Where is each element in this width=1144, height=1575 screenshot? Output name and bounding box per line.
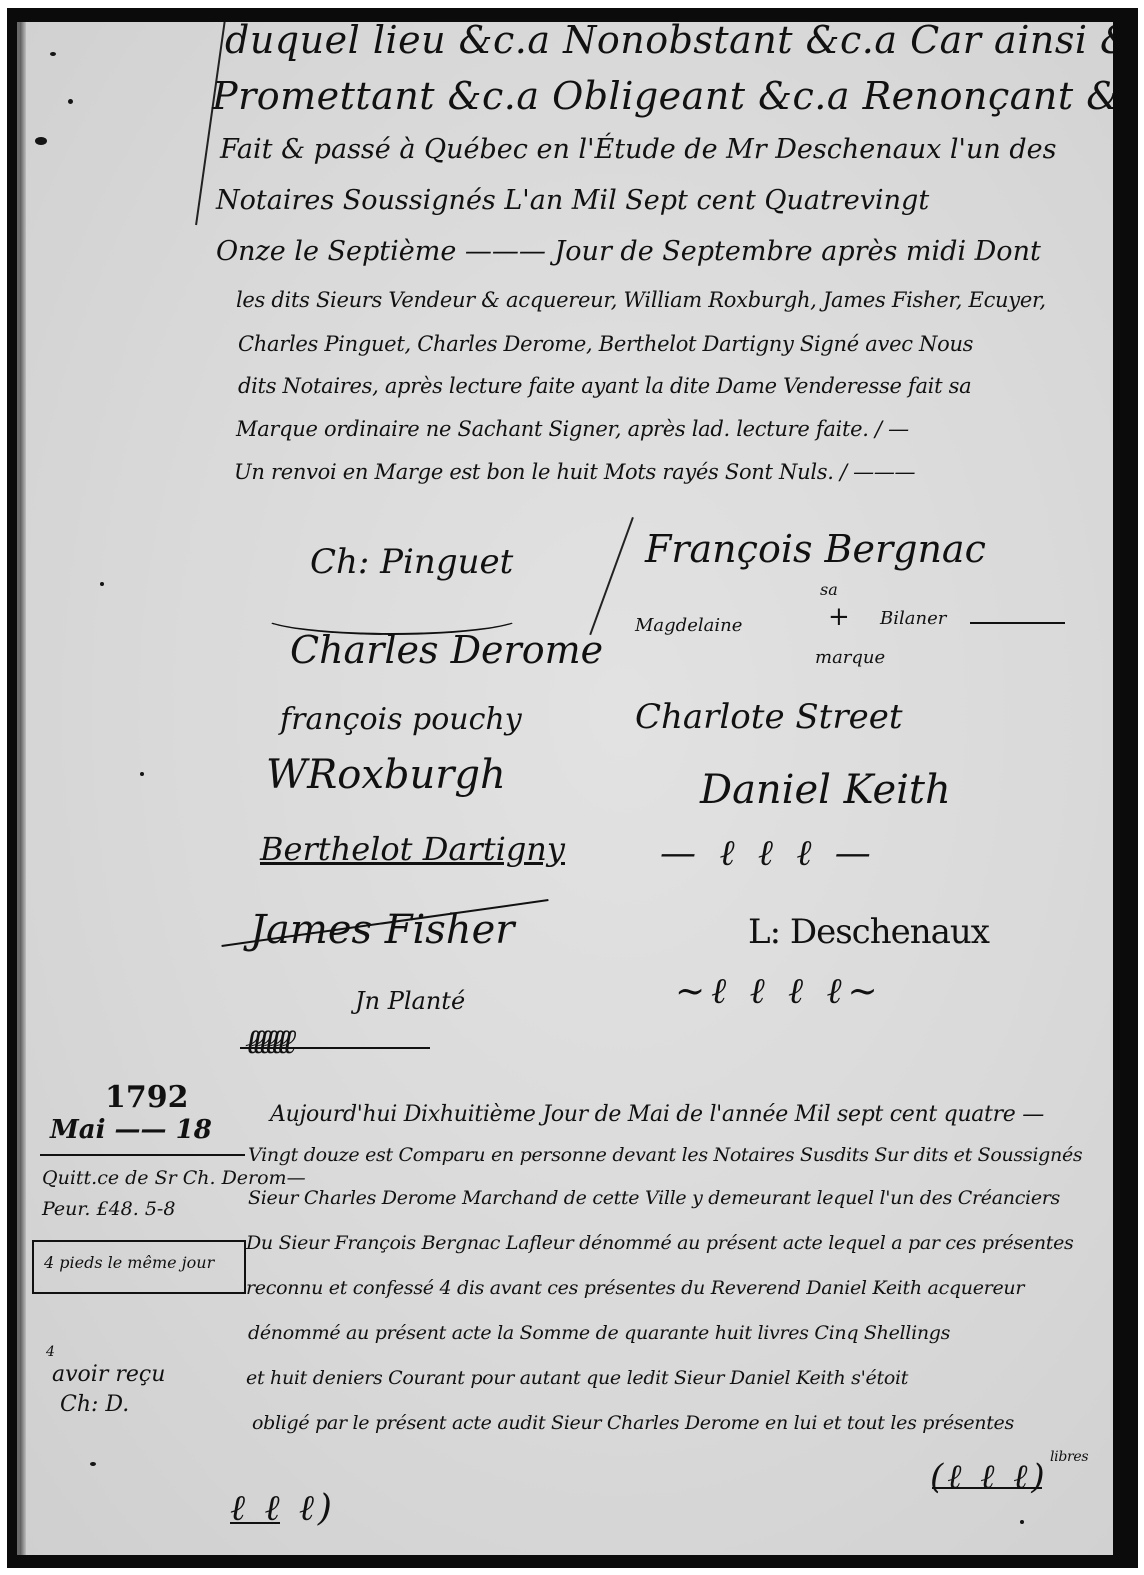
ink-speck — [35, 137, 47, 145]
paraphe-plante: ℓℓℓℓℓℓℓ — [245, 1022, 288, 1062]
signature-slash — [589, 517, 634, 635]
margin-rule-1 — [40, 1154, 245, 1156]
second-act-line-9: libres — [1050, 1449, 1088, 1465]
signature-deschenaux: L: Deschenaux — [748, 912, 989, 952]
signature-pouchy: françois pouchy — [280, 702, 522, 737]
second-act-line-2: Vingt douze est Comparu en personne deva… — [248, 1144, 1082, 1166]
ink-speck — [68, 99, 73, 104]
paraphe-deschenaux: ~ℓ ℓ ℓ ℓ~ — [675, 970, 884, 1012]
page-fold-shadow — [20, 22, 26, 1555]
act-line-10: Un renvoi en Marge est bon le huit Mots … — [234, 460, 915, 484]
name-magdelaine: Magdelaine — [635, 615, 742, 636]
act-line-8: dits Notaires, après lecture faite ayant… — [238, 374, 971, 398]
signature-pinguet: Ch: Pinguet — [310, 542, 513, 582]
second-act-line-7: et huit deniers Courant pour autant que … — [246, 1367, 908, 1389]
act-line-9: Marque ordinaire ne Sachant Signer, aprè… — [236, 417, 909, 441]
act-line-2: Promettant &c.a Obligeant &c.a Renonçant… — [212, 74, 1113, 118]
margin-footnote-mark: 4 — [46, 1344, 55, 1360]
paraphe-keith: — ℓ ℓ ℓ — — [660, 832, 877, 874]
act-line-6: les dits Sieurs Vendeur & acquereur, Wil… — [236, 288, 1046, 312]
signature-bergnac: François Bergnac — [645, 527, 986, 571]
second-act-line-1: Aujourd'hui Dixhuitième Jour de Mai de l… — [270, 1102, 1044, 1127]
ink-speck — [140, 772, 144, 776]
signature-roxburgh: WRoxburgh — [266, 752, 506, 798]
document-page: duquel lieu &c.a Nonobstant &c.a Car ain… — [17, 22, 1113, 1555]
margin-boxed-note-text: 4 pieds le même jour — [44, 1253, 214, 1272]
act-line-1: duquel lieu &c.a Nonobstant &c.a Car ain… — [225, 22, 1113, 62]
act-line-7: Charles Pinguet, Charles Derome, Berthel… — [238, 332, 973, 356]
ink-speck — [50, 52, 56, 56]
second-act-line-6: dénommé au présent acte la Somme de quar… — [248, 1322, 950, 1344]
signature-derome: Charles Derome — [290, 628, 603, 672]
signature-plante: Jn Planté — [355, 987, 465, 1015]
signature-berthelot-dartigny: Berthelot Dartigny — [260, 830, 565, 868]
margin-year: 1792 — [105, 1080, 189, 1115]
margin-received-2: Ch: D. — [60, 1392, 129, 1417]
paraphe-bottom-right-strike — [932, 1487, 1042, 1489]
second-act-line-4: Du Sieur François Bergnac Lafleur dénomm… — [246, 1232, 1074, 1254]
name-bilaner: Bilaner — [880, 608, 946, 629]
paraphe-bottom-right: (ℓ ℓ ℓ) — [930, 1457, 1049, 1497]
second-act-line-8: obligé par le présent acte audit Sieur C… — [252, 1412, 1014, 1434]
paraphe-plante-strike — [240, 1047, 430, 1049]
signature-charlote-street: Charlote Street — [635, 697, 902, 737]
margin-date: Mai —— 18 — [50, 1115, 212, 1145]
signature-james-fisher: James Fisher — [250, 907, 514, 953]
ink-speck — [100, 582, 104, 586]
act-line-3: Fait & passé à Québec en l'Étude de Mr D… — [220, 134, 1056, 165]
mark-cross: + — [828, 602, 850, 632]
ink-speck — [90, 1462, 96, 1466]
act-line-4: Notaires Soussignés L'an Mil Sept cent Q… — [216, 185, 929, 216]
paraphe-bottom-left-strike — [230, 1522, 280, 1524]
act-line-5: Onze le Septième ——— Jour de Septembre a… — [216, 236, 1041, 267]
bilaner-tail — [970, 622, 1065, 624]
second-act-line-3: Sieur Charles Derome Marchand de cette V… — [248, 1187, 1060, 1209]
margin-quittance-1: Quitt.ce de Sr Ch. Derom— — [42, 1167, 306, 1189]
signature-daniel-keith: Daniel Keith — [700, 767, 951, 813]
mark-sa: sa — [820, 580, 838, 599]
margin-received-1: avoir reçu — [52, 1362, 165, 1387]
ink-speck — [1020, 1520, 1024, 1524]
second-act-line-5: reconnu et confessé 4 dis avant ces prés… — [246, 1277, 1024, 1299]
label-marque: marque — [815, 647, 885, 668]
margin-quittance-2: Peur. £48. 5-8 — [42, 1198, 175, 1220]
